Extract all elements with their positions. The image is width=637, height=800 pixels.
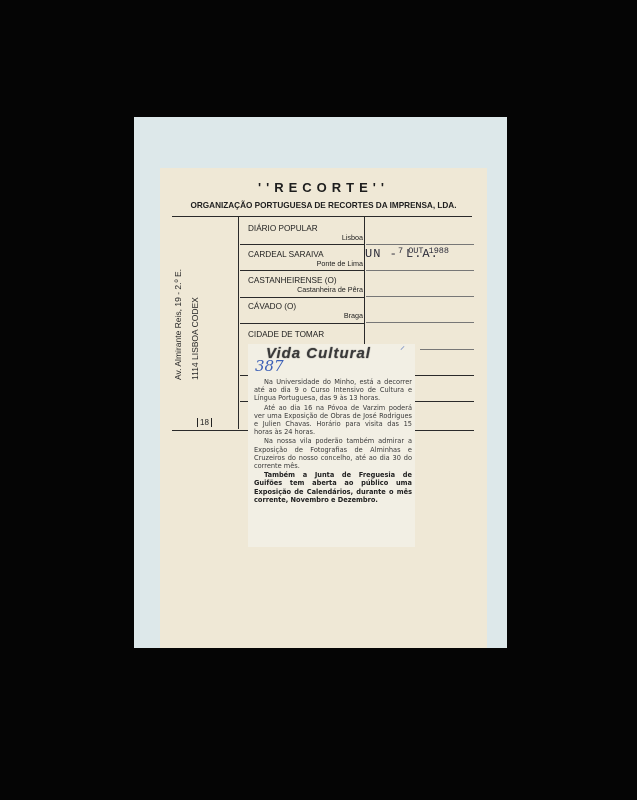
row-rule	[240, 244, 364, 245]
row-rule	[366, 322, 474, 323]
organization-name: ORGANIZAÇÃO PORTUGUESA DE RECORTES DA IM…	[160, 201, 487, 210]
publication-name: DIÁRIO POPULAR	[248, 224, 363, 233]
clipping-paragraph: Na Universidade do Minho, está a decorre…	[254, 378, 412, 403]
publication-row: CÁVADO (O) Braga	[248, 302, 363, 320]
handwritten-number: 387	[255, 357, 284, 375]
header-rule	[172, 216, 472, 217]
publication-row: DIÁRIO POPULAR Lisboa	[248, 224, 363, 242]
clipping-body: Na Universidade do Minho, está a decorre…	[254, 378, 412, 505]
publication-name: CARDEAL SARAIVA	[248, 250, 363, 259]
address-street: Av. Almirante Reis, 19 - 2.º E.	[170, 180, 187, 380]
row-rule	[366, 244, 474, 245]
publication-city: Braga	[248, 311, 363, 320]
clipping-paragraph: Na nossa vila poderão também admirar a E…	[254, 437, 412, 470]
row-rule	[240, 323, 364, 324]
publication-city: Lisboa	[248, 233, 363, 242]
row-rule	[240, 297, 364, 298]
page-number-box: 18	[197, 418, 212, 427]
publication-city: Castanheira de Pêra	[248, 285, 363, 294]
clipping-paragraph: Também a Junta de Freguesia de Guifões t…	[254, 471, 412, 504]
row-rule	[420, 349, 474, 350]
row-rule	[366, 296, 474, 297]
publication-row: CIDADE DE TOMAR	[248, 330, 363, 339]
bottom-rule	[415, 430, 474, 431]
brand-title: ''RECORTE''	[160, 180, 487, 195]
publication-city: Ponte de Lima	[248, 259, 363, 268]
clipping-paragraph: Até ao dia 16 na Póvoa de Varzim poderá …	[254, 404, 412, 437]
row-rule	[366, 270, 474, 271]
left-column-divider	[238, 217, 239, 429]
row-rule	[415, 375, 474, 376]
publication-name: CIDADE DE TOMAR	[248, 330, 363, 339]
publication-name: CASTANHEIRENSE (O)	[248, 276, 363, 285]
stamp-date: 7 OUT 1988	[398, 246, 449, 256]
publication-row: CASTANHEIRENSE (O) Castanheira de Pêra	[248, 276, 363, 294]
publication-name: CÁVADO (O)	[248, 302, 363, 311]
middle-column-divider	[364, 217, 365, 347]
row-rule	[415, 401, 474, 402]
pen-mark: ⸝	[400, 338, 405, 352]
bottom-rule	[172, 430, 250, 431]
address-block: Av. Almirante Reis, 19 - 2.º E. 1114 LIS…	[170, 180, 204, 380]
row-rule	[240, 270, 364, 271]
publication-row: CARDEAL SARAIVA Ponte de Lima	[248, 250, 363, 268]
address-city: 1114 LISBOA CODEX	[187, 180, 204, 380]
